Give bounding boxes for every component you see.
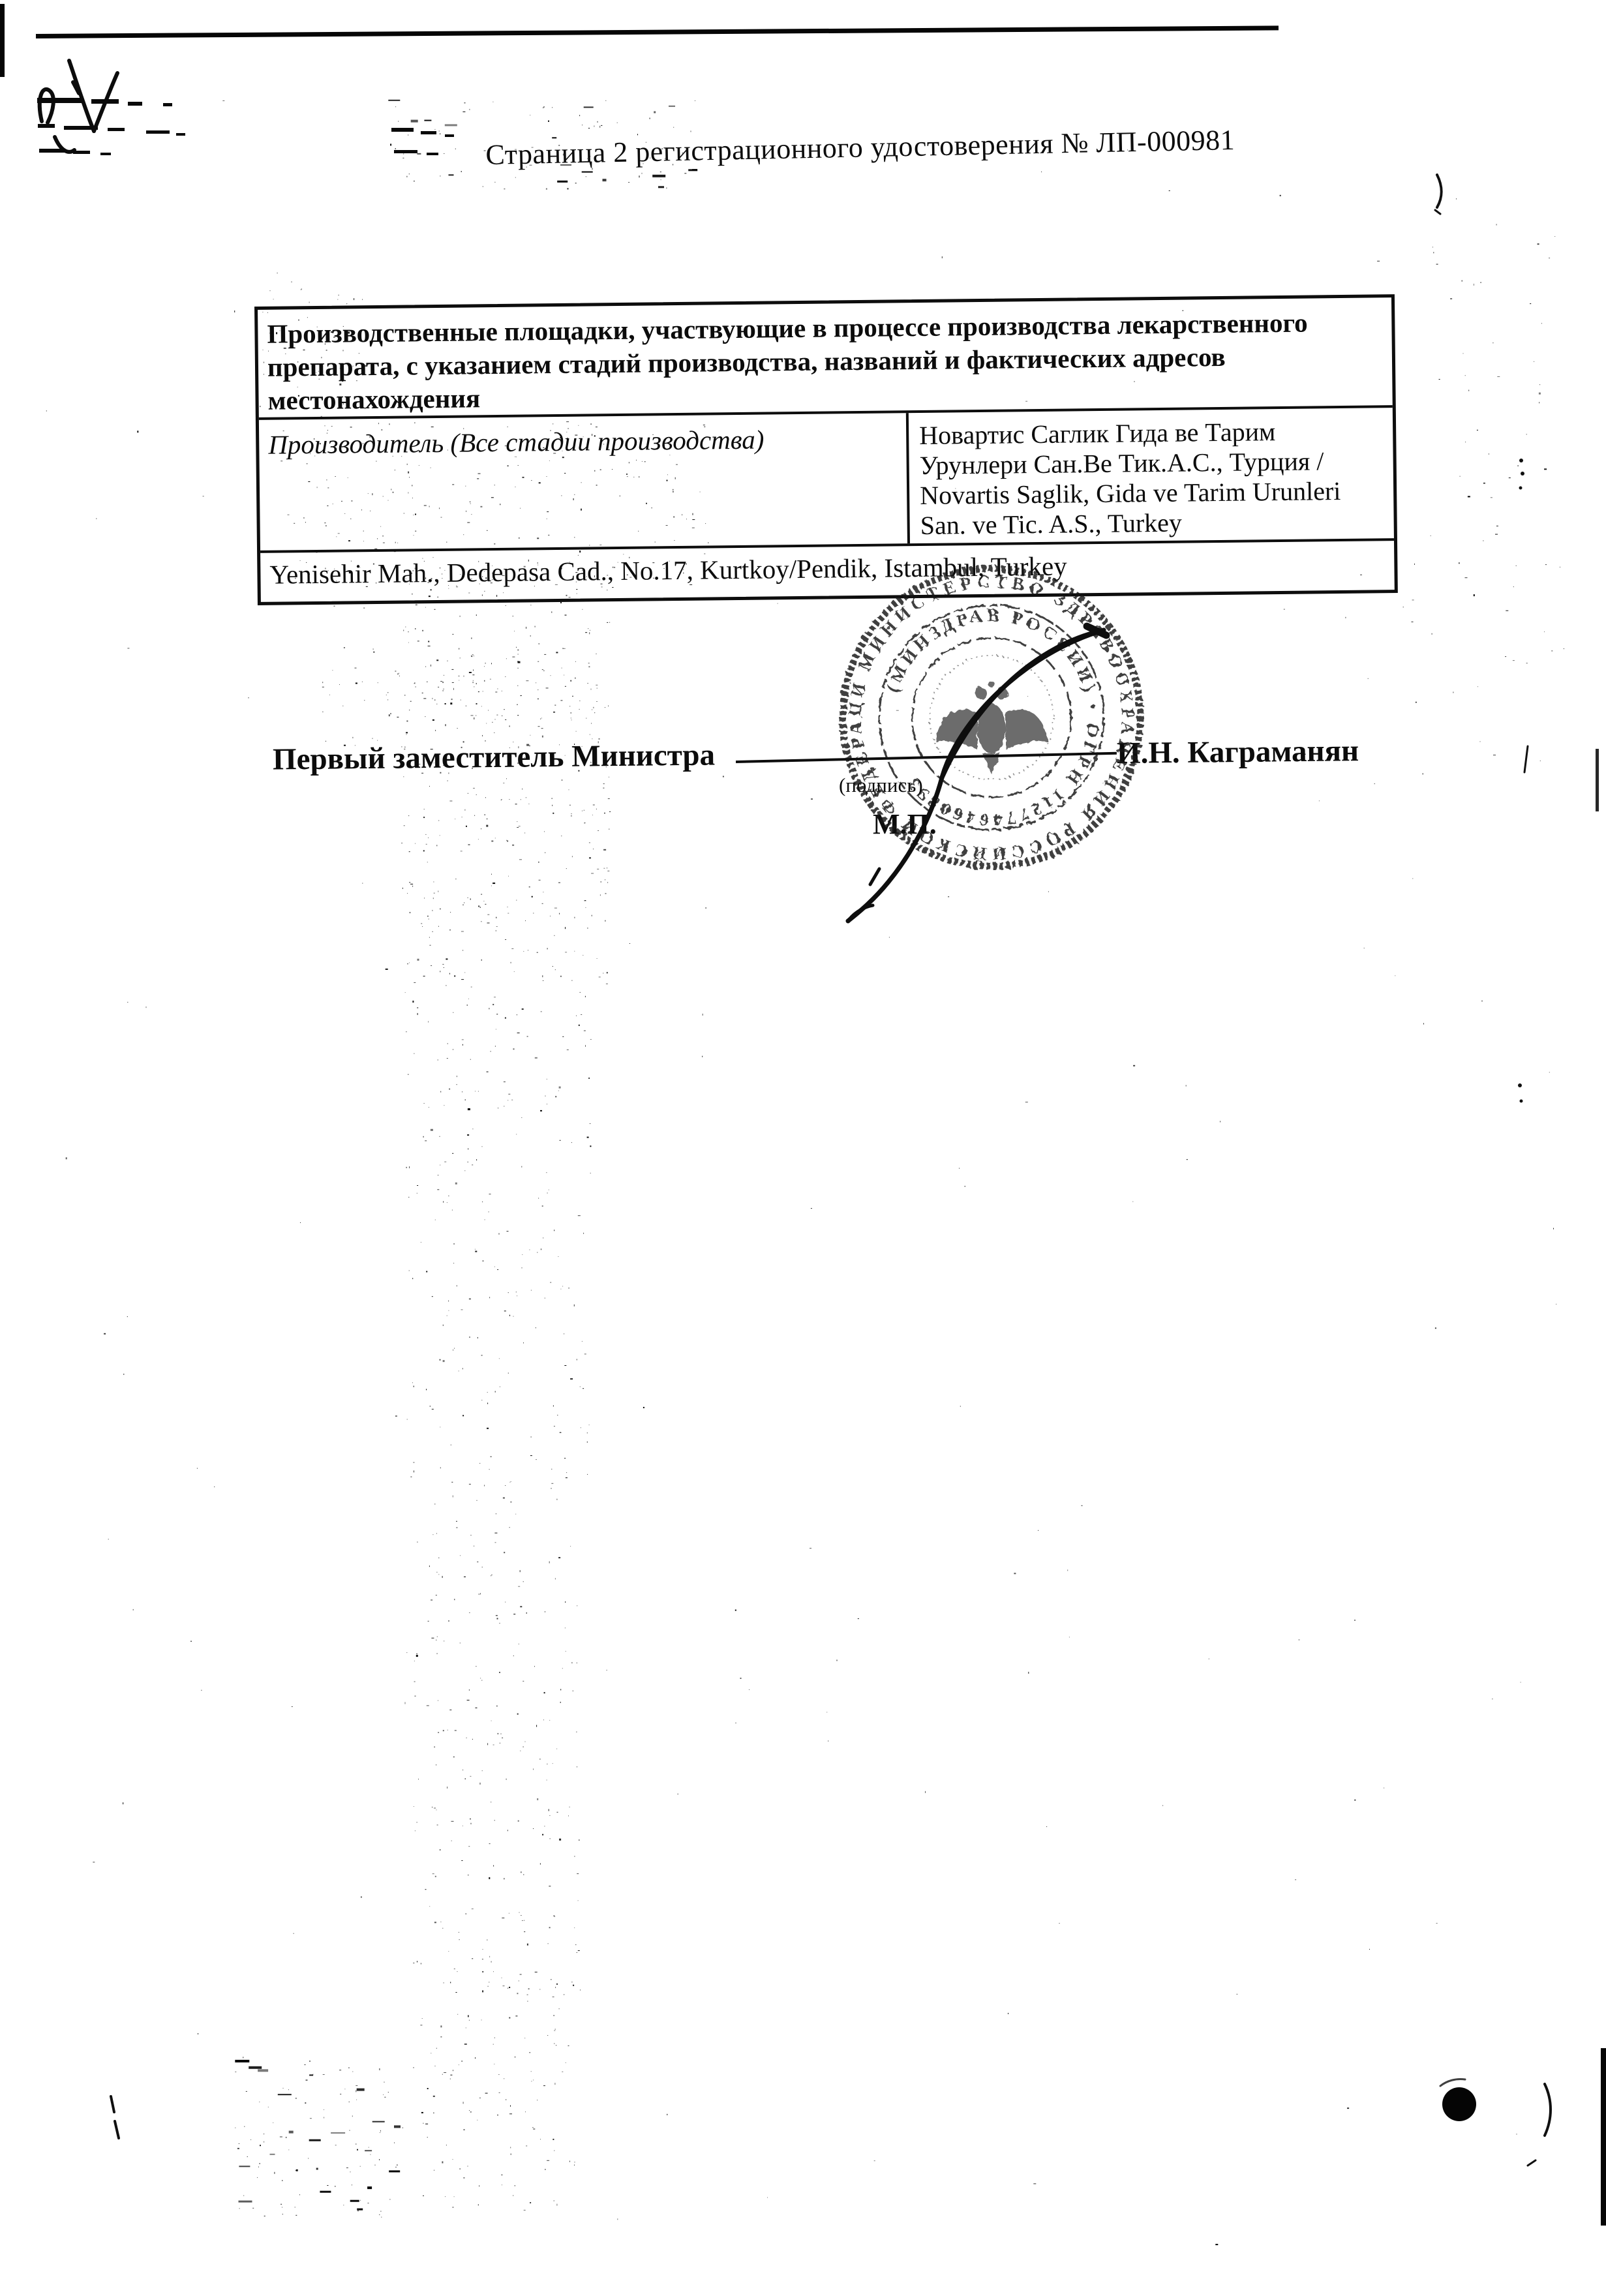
manufacturer-value-line: Novartis Saglik, Gida ve Tarim Urunleri	[920, 476, 1387, 511]
hole-punch-dot	[1442, 2087, 1476, 2121]
page-title: Страница 2 регистрационного удостоверени…	[485, 123, 1235, 172]
scan-edge-line-top	[36, 25, 1279, 38]
stamp-eagle-emblem	[935, 681, 1048, 774]
scan-dash-marks	[37, 98, 454, 155]
manufacturer-label-cell: Производитель (Все стадии производства)	[259, 413, 910, 551]
pen-checkmark	[40, 61, 117, 152]
signer-position-title: Первый заместитель Министра	[273, 737, 716, 777]
manufacturer-value-cell: Новартис Саглик Гида ве Тарим Урунлери С…	[909, 408, 1394, 543]
manufacturer-value-line: San. ve Tic. A.S., Turkey	[920, 506, 1387, 541]
manufacturer-row: Производитель (Все стадии производства) …	[259, 408, 1394, 553]
manufacturer-value-line: Новартис Саглик Гида ве Тарим	[919, 415, 1386, 451]
table-title-cell: Производственные площадки, участвующие в…	[258, 297, 1393, 420]
scan-edge-strip-right	[1601, 2048, 1606, 2226]
ministry-round-stamp: МИНИСТЕРСТВО ЗДРАВООХРАНЕНИЯ РОССИЙСКОЙ …	[823, 564, 1160, 871]
scanned-certificate-page: Страница 2 регистрационного удостоверени…	[0, 0, 1606, 2296]
production-sites-table: Производственные площадки, участвующие в…	[254, 294, 1398, 605]
scan-edge-line-left	[0, 4, 5, 77]
manufacturer-value-line: Урунлери Сан.Ве Тик.А.С., Турция /	[919, 446, 1386, 481]
scan-edge-tick-right	[1596, 749, 1599, 811]
